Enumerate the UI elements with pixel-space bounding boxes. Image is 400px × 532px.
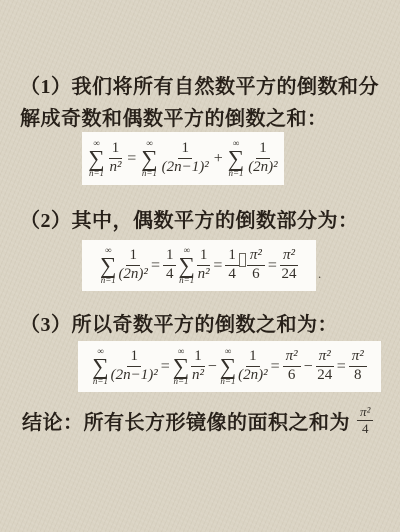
fraction: π²6 bbox=[247, 248, 265, 283]
operator: = bbox=[150, 257, 161, 275]
operator: = bbox=[336, 358, 347, 376]
operator: + bbox=[213, 150, 224, 168]
numerator: π² bbox=[280, 248, 298, 266]
sum-sigma: ∑ bbox=[88, 148, 104, 170]
sum-bot: n=1 bbox=[101, 276, 116, 285]
summation-symbol: ∞∑n=1 bbox=[220, 347, 236, 387]
numerator: 1 bbox=[178, 141, 192, 159]
conclusion-line: 结论：所有长方形镜像的面积之和为 π²4 bbox=[22, 400, 373, 440]
summation-symbol: ∞∑n=1 bbox=[228, 139, 244, 179]
fraction: π²24 bbox=[280, 248, 298, 283]
numerator: 1 bbox=[191, 349, 205, 367]
formula-odd-squares: ∞∑n=11(2n−1)²=∞∑n=11n²−∞∑n=11(2n)²=π²6−π… bbox=[78, 341, 381, 392]
numerator: 1 bbox=[256, 141, 270, 159]
operator: = bbox=[267, 257, 278, 275]
numerator: π² bbox=[316, 349, 334, 367]
denominator: 6 bbox=[252, 266, 260, 283]
step-1-text-line-2: 解成奇数和偶数平方的倒数之和： bbox=[20, 102, 328, 131]
operator: = bbox=[212, 257, 223, 275]
denominator: 8 bbox=[354, 367, 362, 384]
conclusion-fraction: π²4 bbox=[357, 405, 373, 435]
summation-symbol: ∞∑n=1 bbox=[173, 347, 189, 387]
step-3-text: （3）所以奇数平方的倒数之和为： bbox=[20, 308, 338, 337]
denominator: n² bbox=[109, 159, 121, 176]
fraction: π²8 bbox=[349, 349, 367, 384]
formula-decomposition: ∞∑n=11n²=∞∑n=11(2n−1)²+∞∑n=11(2n)² bbox=[82, 132, 284, 185]
formula-2-trailing-period: . bbox=[318, 266, 321, 282]
denominator: 4 bbox=[166, 266, 174, 283]
fraction: π²6 bbox=[283, 349, 301, 384]
numerator: π² bbox=[247, 248, 265, 266]
sum-bot: n=1 bbox=[93, 377, 108, 386]
numerator: π² bbox=[283, 349, 301, 367]
fraction: 1(2n)² bbox=[248, 141, 278, 176]
denominator: (2n)² bbox=[248, 159, 278, 176]
sum-sigma: ∑ bbox=[92, 356, 108, 378]
sum-bot: n=1 bbox=[173, 377, 188, 386]
denominator: n² bbox=[198, 266, 210, 283]
denominator: (2n−1)² bbox=[111, 367, 158, 384]
conclusion-text: 结论：所有长方形镜像的面积之和为 bbox=[22, 406, 350, 435]
numerator: π² bbox=[349, 349, 367, 367]
denominator: n² bbox=[192, 367, 204, 384]
step-2-text: （2）其中，偶数平方的倒数部分为： bbox=[20, 204, 359, 233]
sum-sigma: ∑ bbox=[178, 255, 194, 277]
formula-even-squares: ∞∑n=11(2n)²=14∞∑n=11n²=14π²6=π²24 bbox=[82, 240, 316, 291]
sum-sigma: ∑ bbox=[173, 356, 189, 378]
operator: = bbox=[270, 358, 281, 376]
sum-bot: n=1 bbox=[179, 276, 194, 285]
numerator: 1 bbox=[163, 248, 177, 266]
fraction: 1(2n−1)² bbox=[162, 141, 209, 176]
numerator: π² bbox=[357, 405, 373, 421]
fraction: 1n² bbox=[191, 349, 205, 384]
document-page: （1）我们将所有自然数平方的倒数和分 解成奇数和偶数平方的倒数之和： ∞∑n=1… bbox=[0, 0, 400, 532]
summation-symbol: ∞∑n=1 bbox=[88, 139, 104, 179]
summation-symbol: ∞∑n=1 bbox=[100, 246, 116, 286]
denominator: 24 bbox=[281, 266, 296, 283]
numerator: 1 bbox=[246, 349, 260, 367]
sum-bot: n=1 bbox=[89, 169, 104, 178]
fraction: 1n² bbox=[109, 141, 123, 176]
numerator: 1 bbox=[126, 248, 140, 266]
operator: = bbox=[126, 150, 137, 168]
summation-symbol: ∞∑n=1 bbox=[141, 139, 157, 179]
step-1-text-line-1: （1）我们将所有自然数平方的倒数和分 bbox=[20, 70, 379, 99]
missing-glyph-box bbox=[239, 253, 246, 267]
sum-sigma: ∑ bbox=[220, 356, 236, 378]
sum-bot: n=1 bbox=[228, 169, 243, 178]
fraction: 1(2n−1)² bbox=[111, 349, 158, 384]
numerator: 1 bbox=[109, 141, 123, 159]
operator: = bbox=[160, 358, 171, 376]
numerator: 1 bbox=[225, 248, 239, 266]
denominator: (2n)² bbox=[238, 367, 268, 384]
operator: − bbox=[303, 358, 314, 376]
denominator: (2n)² bbox=[118, 266, 148, 283]
fraction: 1n² bbox=[197, 248, 211, 283]
fraction: π²24 bbox=[316, 349, 334, 384]
sum-sigma: ∑ bbox=[141, 148, 157, 170]
summation-symbol: ∞∑n=1 bbox=[178, 246, 194, 286]
fraction: 14 bbox=[163, 248, 177, 283]
sum-sigma: ∑ bbox=[228, 148, 244, 170]
fraction: 1(2n)² bbox=[118, 248, 148, 283]
fraction: 14 bbox=[225, 248, 239, 283]
denominator: 4 bbox=[228, 266, 236, 283]
summation-symbol: ∞∑n=1 bbox=[92, 347, 108, 387]
denominator: 6 bbox=[288, 367, 296, 384]
denominator: 4 bbox=[362, 421, 369, 436]
sum-sigma: ∑ bbox=[100, 255, 116, 277]
denominator: (2n−1)² bbox=[162, 159, 209, 176]
operator: − bbox=[207, 358, 218, 376]
sum-bot: n=1 bbox=[142, 169, 157, 178]
fraction: 1(2n)² bbox=[238, 349, 268, 384]
fraction: π²4 bbox=[357, 405, 373, 435]
numerator: 1 bbox=[197, 248, 211, 266]
denominator: 24 bbox=[317, 367, 332, 384]
sum-bot: n=1 bbox=[220, 377, 235, 386]
numerator: 1 bbox=[127, 349, 141, 367]
